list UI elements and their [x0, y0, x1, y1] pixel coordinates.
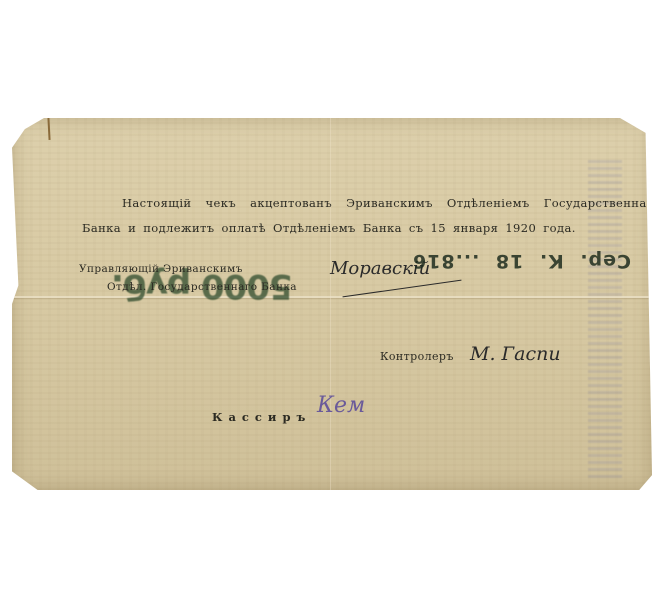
cashier-label: Кассиръ — [212, 410, 311, 424]
tear-mark — [47, 118, 50, 140]
banknote-cheque: Настоящій чекъ акцептованъ Эриванскимъ О… — [12, 118, 652, 490]
manager-title-line-2: Отдѣл. Государственнаго Банка — [107, 281, 297, 293]
fold-crease-vertical — [330, 118, 331, 490]
body-text-line-1: Настоящій чекъ акцептованъ Эриванскимъ О… — [122, 196, 658, 210]
controller-label: Контролеръ — [380, 350, 454, 363]
manager-title-line-1: Управляющій Эриванскимъ — [79, 263, 243, 275]
serial-number: Сер. К. 18 ...816 — [412, 250, 631, 272]
cashier-signature: Кем — [317, 393, 365, 418]
fold-crease-horizontal — [12, 296, 652, 298]
controller-signature: М. Гаспи — [470, 343, 561, 365]
body-text-line-2: Банка и подлежитъ оплатѣ Отдѣленіемъ Бан… — [82, 221, 576, 235]
signature-underline — [343, 280, 462, 298]
